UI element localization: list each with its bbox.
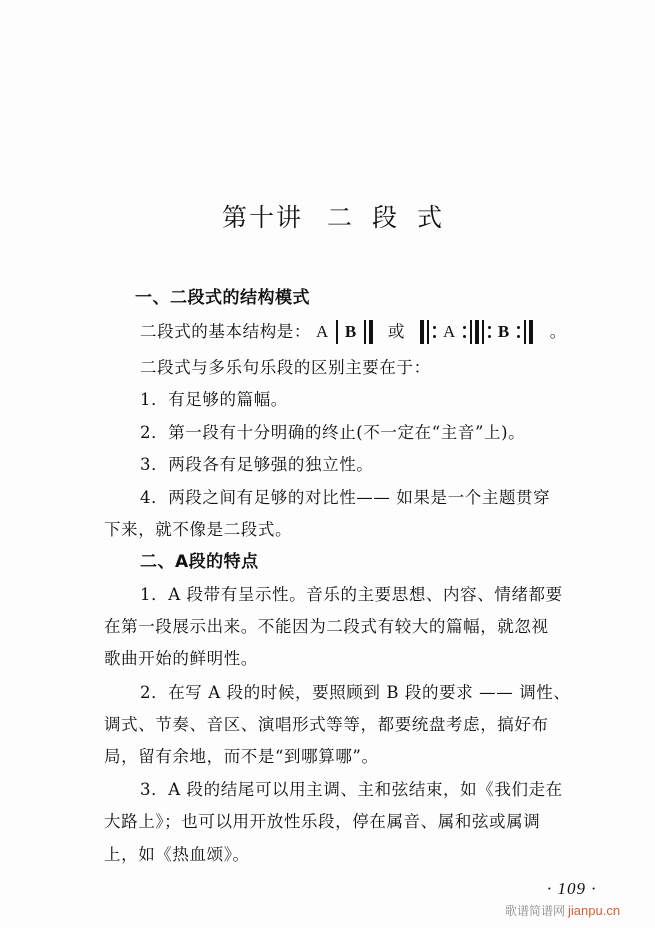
watermark: 歌谱简谱网jianpu.cn xyxy=(505,902,620,919)
para-2-line-3: 局，留有余地，而不是“到哪算哪”。 xyxy=(104,747,379,767)
intro-text: 二段式与多乐句乐段的区别主要在于： xyxy=(140,358,431,378)
or-word: 或 xyxy=(388,322,405,342)
para-1-line-2: 在第一段展示出来。不能因为二段式有较大的篇幅，就忽视 xyxy=(104,617,549,637)
point-4-cont: 下来，就不像是二段式。 xyxy=(104,520,292,540)
structure-formula-simple: A B xyxy=(311,320,374,344)
page-number: · 109 · xyxy=(547,879,597,899)
para-3-line-3: 上，如《热血颂》。 xyxy=(104,845,250,865)
section-heading-a-part: 二、A段的特点 xyxy=(140,552,259,572)
point-4: 4．两段之间有足够的对比性—— 如果是一个主题贯穿 xyxy=(140,488,550,508)
para-1-line-1: 1．A 段带有呈示性。音乐的主要思想、内容、情绪都要 xyxy=(140,585,563,605)
repeat-end-icon xyxy=(524,320,526,344)
basic-structure-label: 二段式的基本结构是： xyxy=(140,322,311,342)
basic-structure-line: 二段式的基本结构是： A B 或 A B 。 xyxy=(140,320,566,344)
point-2: 2．第一段有十分明确的终止(不一定在“主音”上)。 xyxy=(140,423,525,443)
watermark-url: jianpu.cn xyxy=(568,903,620,918)
para-1-line-3: 歌曲开始的鲜明性。 xyxy=(104,649,258,669)
book-page: 第十讲二段式 一、二段式的结构模式 二段式的基本结构是： A B 或 A B 。… xyxy=(0,0,655,928)
chapter-number: 第十讲 xyxy=(222,203,303,232)
point-3: 3．两段各有足够强的独立性。 xyxy=(140,455,373,475)
point-1: 1．有足够的篇幅。 xyxy=(140,390,288,410)
para-2-line-1: 2．在写 A 段的时候，要照顾到 B 段的要求 —— 调性、 xyxy=(140,683,571,703)
para-3-line-2: 大路上》；也可以用开放性乐段，停在属音、属和弦或属调 xyxy=(104,812,540,832)
barline-icon xyxy=(336,320,338,344)
repeat-middle-icon xyxy=(470,320,472,344)
watermark-site-name: 歌谱简谱网 xyxy=(505,904,565,918)
section-heading-structure: 一、二段式的结构模式 xyxy=(135,288,310,308)
structure-formula-repeat: A B xyxy=(419,320,534,344)
final-barline-icon xyxy=(364,320,366,344)
para-2-line-2: 调式、节奏、音区、演唱形式等等，都要统盘考虑，搞好布 xyxy=(104,715,549,735)
chapter-title: 第十讲二段式 xyxy=(222,198,444,234)
para-3-line-1: 3．A 段的结尾可以用主调、主和弦结束，如《我们走在 xyxy=(140,780,563,800)
chapter-name: 二段式 xyxy=(327,203,444,232)
repeat-start-icon xyxy=(420,320,424,344)
